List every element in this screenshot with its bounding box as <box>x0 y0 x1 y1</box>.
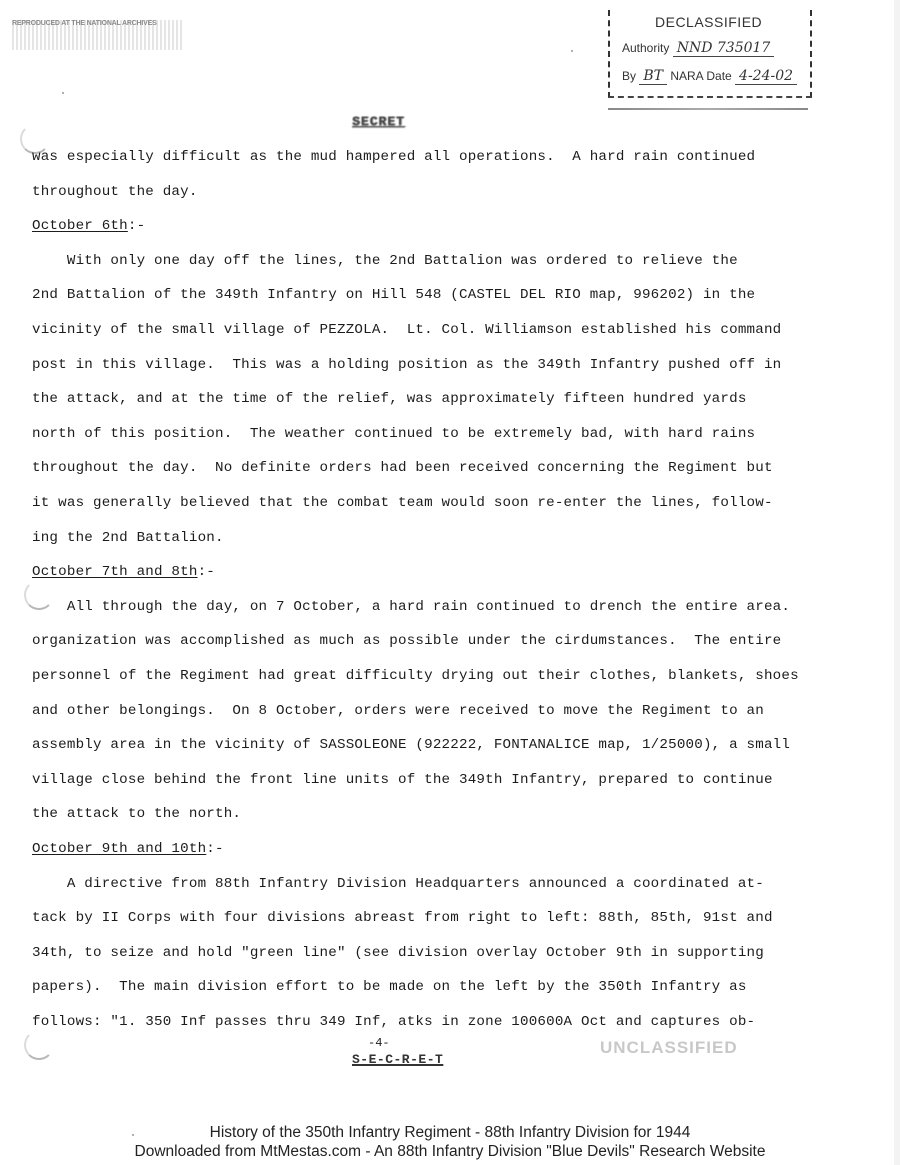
text-line: throughout the day. <box>32 183 198 201</box>
classification-marking-bottom: S-E-C-R-E-T <box>352 1052 443 1067</box>
text-line: With only one day off the lines, the 2nd… <box>32 252 738 270</box>
text-line: tack by II Corps with four divisions abr… <box>32 909 773 927</box>
footer-title: History of the 350th Infantry Regiment -… <box>0 1124 900 1142</box>
nara-date-label: NARA Date <box>670 69 731 83</box>
text-line: throughout the day. No definite orders h… <box>32 459 773 477</box>
stamp-rule <box>608 108 808 110</box>
text-line: assembly area in the vicinity of SASSOLE… <box>32 736 790 754</box>
paper-speck <box>571 50 573 52</box>
text-line: north of this position. The weather cont… <box>32 425 755 443</box>
text-line: 2nd Battalion of the 349th Infantry on H… <box>32 286 755 304</box>
paper-speck <box>62 92 64 94</box>
section-heading-date: October 9th and 10th <box>32 841 206 857</box>
text-line: the attack, and at the time of the relie… <box>32 390 747 408</box>
punch-hole-mark <box>24 1030 54 1060</box>
archive-reproduction-stamp: REPRODUCED AT THE NATIONAL ARCHIVES <box>12 20 182 50</box>
archive-stamp-text: REPRODUCED AT THE NATIONAL ARCHIVES <box>12 20 182 27</box>
text-line: it was generally believed that the comba… <box>32 494 773 512</box>
text-line: All through the day, on 7 October, a har… <box>32 598 790 616</box>
footer-source: Downloaded from MtMestas.com - An 88th I… <box>0 1143 900 1161</box>
text-line: ing the 2nd Battalion. <box>32 529 224 547</box>
text-line: village close behind the front line unit… <box>32 771 773 789</box>
authority-row: Authority NND 735017 <box>622 40 774 56</box>
classification-marking-top: SECRET <box>352 114 405 129</box>
text-line: A directive from 88th Infantry Division … <box>32 875 764 893</box>
authority-value: NND 735017 <box>673 40 775 57</box>
by-value: BT <box>639 68 667 85</box>
text-line: follows: "1. 350 Inf passes thru 349 Inf… <box>32 1013 755 1031</box>
declassified-title: DECLASSIFIED <box>655 14 762 30</box>
text-line: organization was accomplished as much as… <box>32 632 781 650</box>
by-date-row: By BT NARA Date 4-24-02 <box>622 68 797 84</box>
text-line: vicinity of the small village of PEZZOLA… <box>32 321 781 339</box>
by-label: By <box>622 69 636 83</box>
section-heading-date: October 7th and 8th <box>32 564 198 580</box>
text-line: 34th, to seize and hold "green line" (se… <box>32 944 764 962</box>
text-line: post in this village. This was a holding… <box>32 356 781 374</box>
page-number: -4- <box>368 1036 390 1050</box>
section-heading: October 6th:- <box>32 217 145 235</box>
text-line: and other belongings. On 8 October, orde… <box>32 702 764 720</box>
nara-date-value: 4-24-02 <box>735 68 797 85</box>
text-line: personnel of the Regiment had great diff… <box>32 667 799 685</box>
section-heading-date: October 6th <box>32 218 128 234</box>
paper-speck <box>132 1134 134 1136</box>
text-line: the attack to the north. <box>32 805 241 823</box>
declassification-stamp: DECLASSIFIED Authority NND 735017 By BT … <box>608 10 812 98</box>
section-heading: October 9th and 10th:- <box>32 840 224 858</box>
authority-label: Authority <box>622 41 669 55</box>
section-heading: October 7th and 8th:- <box>32 563 215 581</box>
unclassified-stamp: UNCLASSIFIED <box>600 1038 738 1058</box>
text-line: was especially difficult as the mud hamp… <box>32 148 755 166</box>
page-edge <box>894 0 900 1165</box>
text-line: papers). The main division effort to be … <box>32 978 747 996</box>
